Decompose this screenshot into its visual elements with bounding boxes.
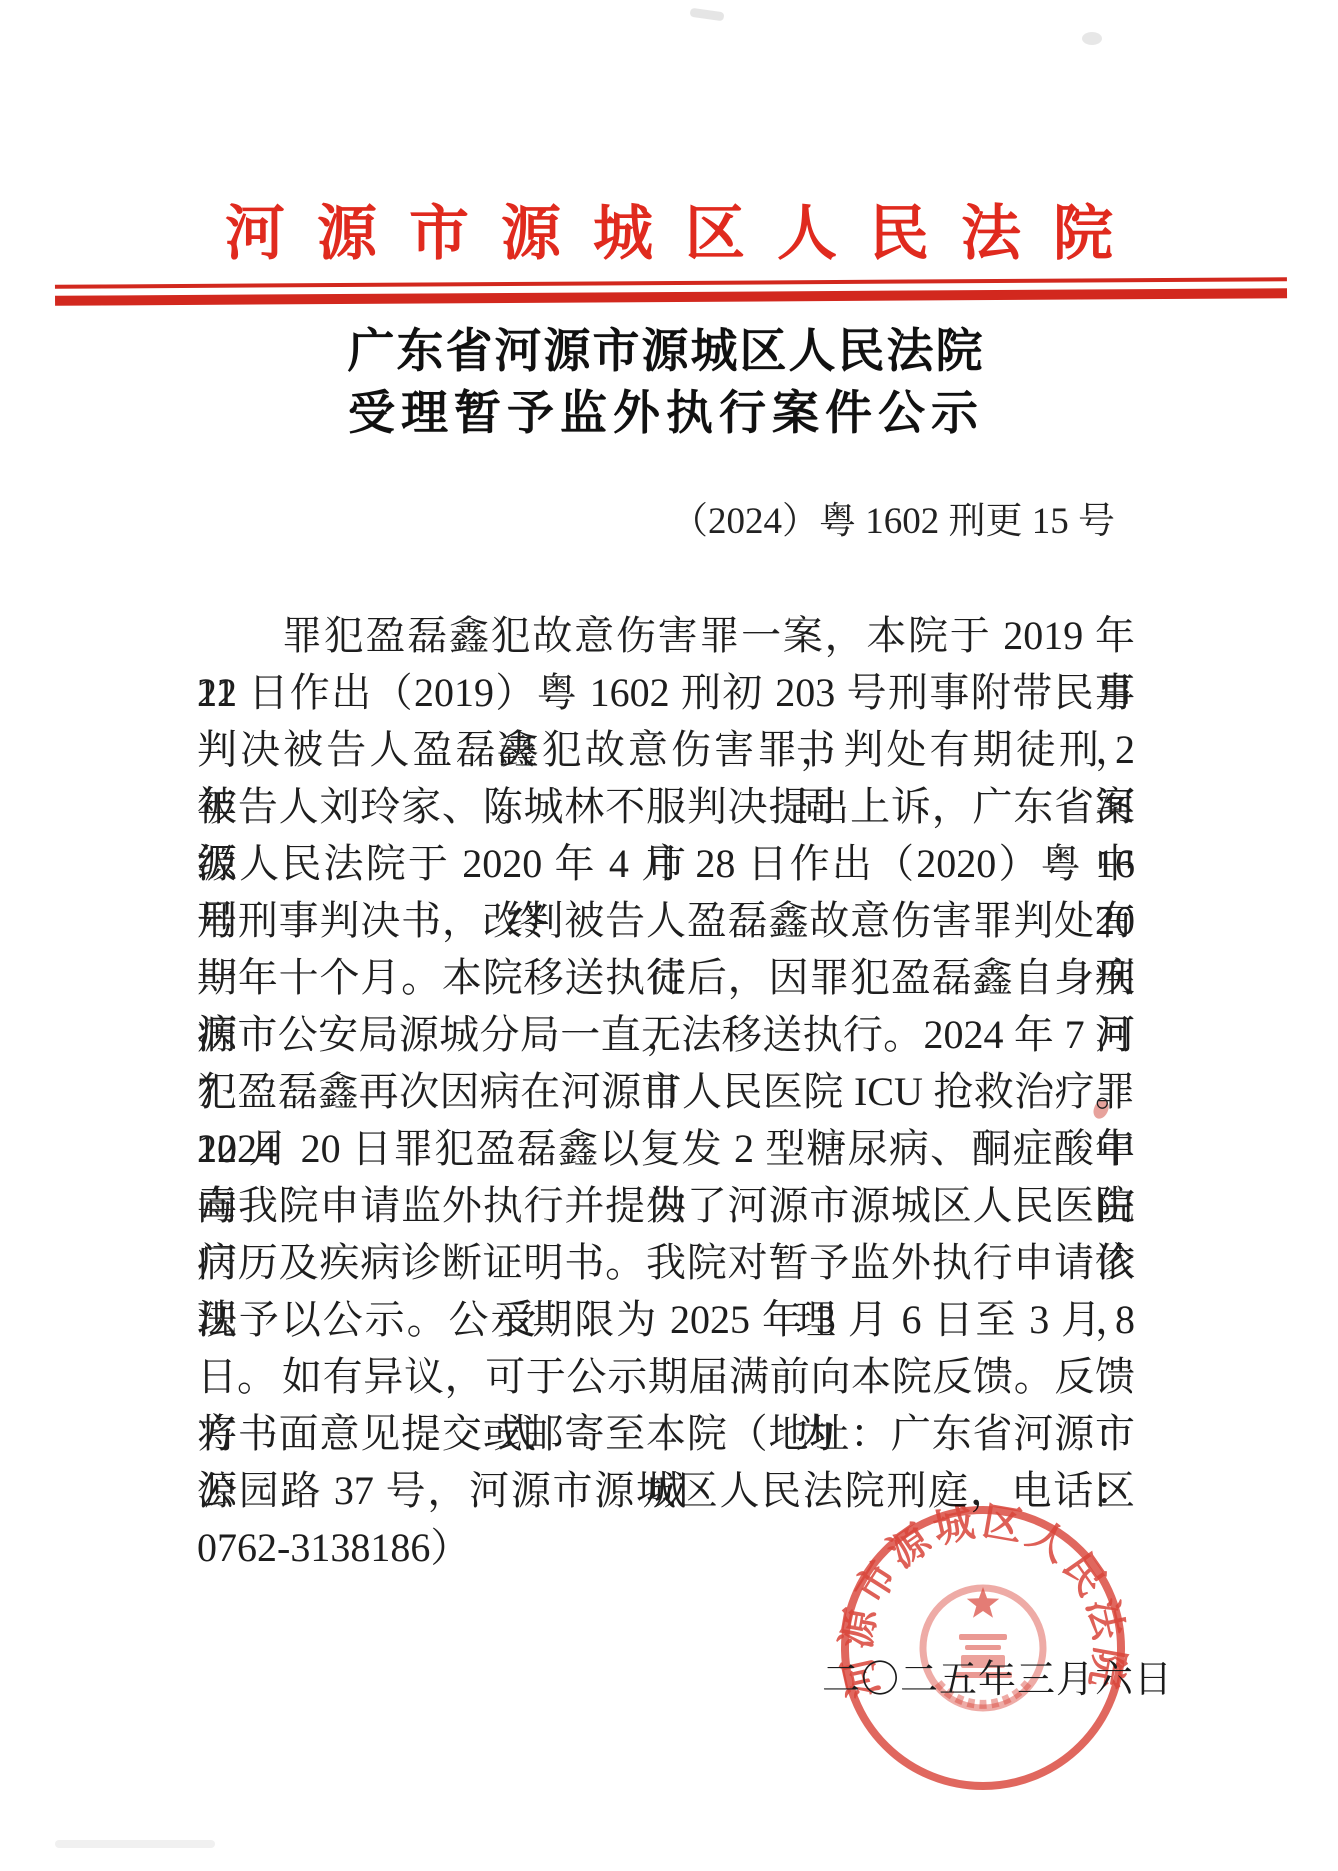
body-line: 号刑事判决书，改判被告人盈磊鑫故意伤害罪判处有期徒刑	[197, 892, 1135, 949]
body-line: 级人民法院于 2020 年 4 月 28 日作出（2020）粤 16 刑终 20	[197, 835, 1135, 892]
body-line: 如有异议，可于公示期届满前向本院反馈。反馈方式为：	[197, 1348, 1135, 1405]
notice-body: 罪犯盈磊鑫犯故意伤害罪一案，本院于 2019 年 11 月 22 日作出（201…	[197, 607, 1135, 1576]
letterhead-rule-thin	[55, 277, 1287, 289]
scan-artifact	[690, 8, 725, 22]
letterhead-court-name: 河源市源城区人民法院	[0, 186, 1338, 272]
body-line: 一年十个月。本院移送执行后，因罪犯盈磊鑫自身疾病，河	[197, 949, 1135, 1006]
document-title: 广东省河源市源城区人民法院 受理暂予监外执行案件公示	[197, 322, 1135, 444]
body-line: 罪犯盈磊鑫犯故意伤害罪一案，本院于 2019 年 11 月	[197, 607, 1135, 664]
body-line: 判决被告人盈磊鑫犯故意伤害罪，判处有期徒刑 2 年。同案	[197, 721, 1135, 778]
body-line: 现予以公示。公示期限为 2025 年 3 月 6 日至 3 月 8 日。	[197, 1291, 1135, 1348]
scan-artifact	[1082, 32, 1102, 45]
letterhead-rule-thick	[55, 288, 1287, 306]
body-line: 犯盈磊鑫再次因病在河源市人民医院 ICU 抢救治疗。2024 年	[197, 1063, 1135, 1120]
scan-artifact	[55, 1840, 215, 1848]
body-line: 向我院申请监外执行并提供了河源市源城区人民医院门诊	[197, 1177, 1135, 1234]
body-line: 将书面意见提交或邮寄至本院（地址：广东省河源市源城区	[197, 1405, 1135, 1462]
case-number: （2024）粤 1602 刑更 15 号	[197, 490, 1115, 544]
body-line: 被告人刘玲家、陈城林不服判决提出上诉，广东省河源市中	[197, 778, 1135, 835]
body-line: 病历及疾病诊断证明书。我院对暂予监外执行申请依法受理，	[197, 1234, 1135, 1291]
document-title-line2: 受理暂予监外执行案件公示	[197, 384, 1135, 444]
body-line: 12 月 20 日罪犯盈磊鑫以复发 2 型糖尿病、酮症酸中毒为由	[197, 1120, 1135, 1177]
letterhead-rule	[55, 277, 1287, 306]
court-notice-page: 河源市源城区人民法院 广东省河源市源城区人民法院 受理暂予监外执行案件公示 （2…	[0, 0, 1338, 1871]
body-line: 源市公安局源城分局一直无法移送执行。2024 年 7 月 7 日罪	[197, 1006, 1135, 1063]
issue-date: 二〇二五年三月六日	[822, 1648, 1173, 1703]
document-title-line1: 广东省河源市源城区人民法院	[197, 322, 1135, 382]
body-line: 22 日作出（2019）粤 1602 刑初 203 号刑事附带民事判决书，	[197, 664, 1135, 721]
